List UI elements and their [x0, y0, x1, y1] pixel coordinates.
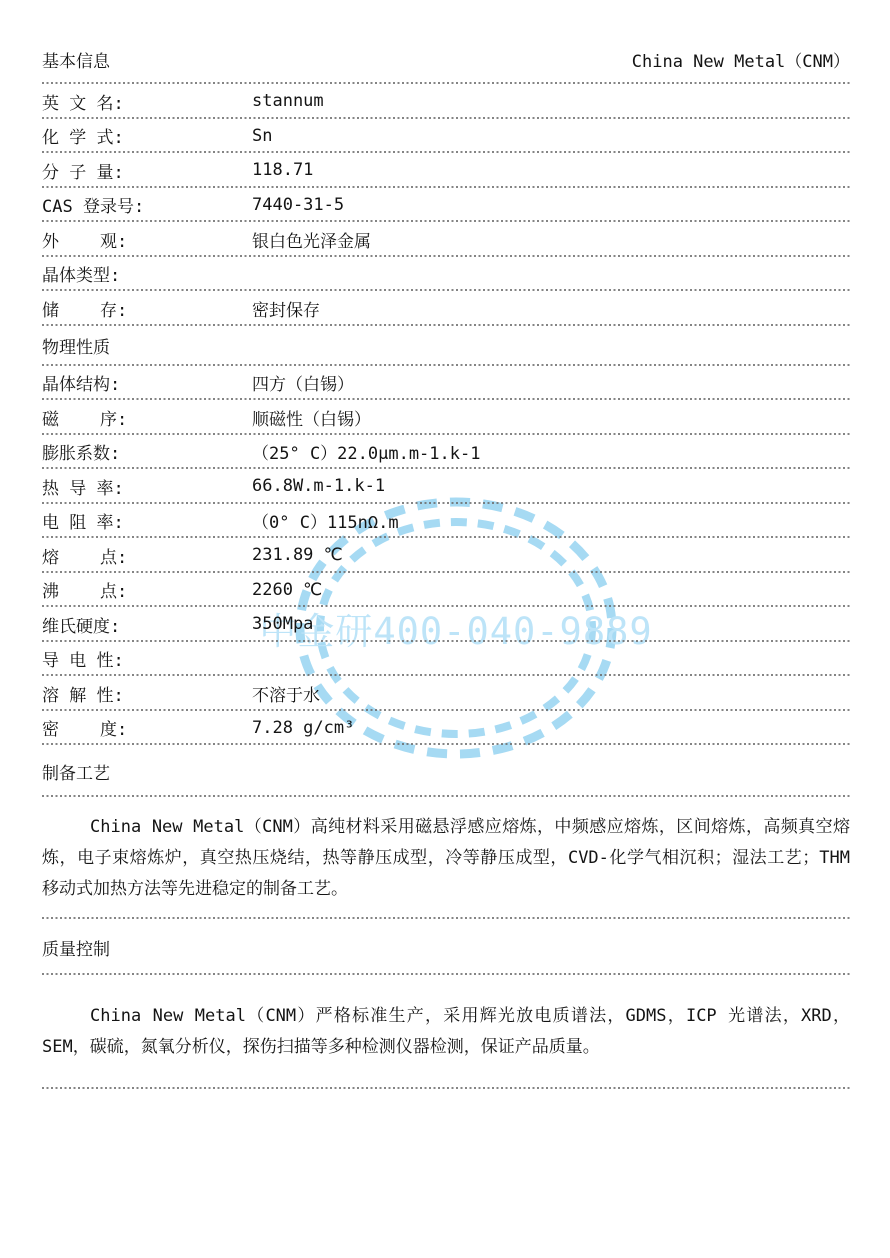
table-row: 熔 点:231.89 ℃ [42, 538, 850, 573]
field-value: 7440-31-5 [252, 195, 344, 215]
document-page: 中金研400-040-9889 基本信息 China New Metal（CNM… [0, 0, 890, 1258]
document-header: 基本信息 China New Metal（CNM） [42, 50, 850, 84]
field-label: 溶 解 性: [42, 681, 252, 706]
table-row: 晶体结构:四方（白锡） [42, 366, 850, 401]
field-label: 导 电 性: [42, 646, 252, 671]
table-row: 密 度:7.28 g/cm³ [42, 711, 850, 746]
field-value: 四方（白锡） [252, 370, 354, 395]
section-title-physical: 物理性质 [42, 333, 110, 358]
field-label: 磁 序: [42, 405, 252, 430]
field-label: 英 文 名: [42, 89, 252, 114]
table-row: 化 学 式:Sn [42, 119, 850, 154]
table-row: 沸 点:2260 ℃ [42, 573, 850, 608]
table-row: 英 文 名:stannum [42, 84, 850, 119]
field-value: 银白色光泽金属 [252, 227, 371, 252]
field-value: （0° C）115nΩ.m [252, 508, 399, 533]
field-value: 231.89 ℃ [252, 545, 343, 565]
field-value: 118.71 [252, 160, 313, 180]
table-row: CAS 登录号:7440-31-5 [42, 188, 850, 223]
preparation-paragraph: China New Metal（CNM）高纯材料采用磁悬浮感应熔炼，中频感应熔炼… [42, 812, 850, 905]
table-row: 热 导 率:66.8W.m-1.k-1 [42, 469, 850, 504]
table-row: 磁 序:顺磁性（白锡） [42, 400, 850, 435]
physical-properties-table: 晶体结构:四方（白锡）磁 序:顺磁性（白锡）膨胀系数:（25° C）22.0μm… [42, 366, 850, 746]
basic-info-table: 英 文 名:stannum化 学 式:Sn分 子 量:118.71CAS 登录号… [42, 84, 850, 326]
quality-paragraph: China New Metal（CNM）严格标准生产，采用辉光放电质谱法，GDM… [42, 1001, 850, 1063]
section-heading-preparation: 制备工艺 [42, 745, 850, 797]
section-title-preparation: 制备工艺 [42, 759, 110, 784]
field-value: 66.8W.m-1.k-1 [252, 476, 385, 496]
field-label: 外 观: [42, 227, 252, 252]
section-heading-quality: 质量控制 [42, 919, 850, 975]
field-value: stannum [252, 91, 324, 111]
field-label: 晶体结构: [42, 370, 252, 395]
table-row: 维氏硬度:350Mpa [42, 607, 850, 642]
field-label: 储 存: [42, 296, 252, 321]
preparation-paragraph-block: China New Metal（CNM）高纯材料采用磁悬浮感应熔炼，中频感应熔炼… [42, 797, 850, 919]
table-row: 电 阻 率:（0° C）115nΩ.m [42, 504, 850, 539]
section-heading-physical: 物理性质 [42, 326, 850, 366]
field-label: 膨胀系数: [42, 439, 252, 464]
field-label: 沸 点: [42, 577, 252, 602]
field-value: （25° C）22.0μm.m-1.k-1 [252, 439, 480, 464]
table-row: 分 子 量:118.71 [42, 153, 850, 188]
field-value: 顺磁性（白锡） [252, 405, 371, 430]
field-label: 电 阻 率: [42, 508, 252, 533]
field-value: 350Mpa [252, 614, 313, 634]
field-value: 7.28 g/cm³ [252, 718, 354, 738]
field-label: 热 导 率: [42, 474, 252, 499]
field-label: 晶体类型: [42, 261, 252, 286]
field-label: 分 子 量: [42, 158, 252, 183]
table-row: 导 电 性: [42, 642, 850, 677]
quality-paragraph-block: China New Metal（CNM）严格标准生产，采用辉光放电质谱法，GDM… [42, 975, 850, 1089]
field-label: CAS 登录号: [42, 192, 252, 217]
field-value: Sn [252, 126, 272, 146]
field-value: 密封保存 [252, 296, 320, 321]
document-content: 基本信息 China New Metal（CNM） 英 文 名:stannum化… [0, 0, 890, 1089]
brand-name: China New Metal（CNM） [632, 47, 850, 72]
table-row: 晶体类型: [42, 257, 850, 292]
field-value: 2260 ℃ [252, 580, 322, 600]
field-label: 熔 点: [42, 543, 252, 568]
table-row: 储 存:密封保存 [42, 291, 850, 326]
table-row: 外 观:银白色光泽金属 [42, 222, 850, 257]
field-value: 不溶于水 [252, 681, 320, 706]
section-title-basic-info: 基本信息 [42, 47, 110, 72]
table-row: 膨胀系数:（25° C）22.0μm.m-1.k-1 [42, 435, 850, 470]
field-label: 维氏硬度: [42, 612, 252, 637]
field-label: 化 学 式: [42, 123, 252, 148]
field-label: 密 度: [42, 715, 252, 740]
section-title-quality: 质量控制 [42, 935, 110, 960]
table-row: 溶 解 性:不溶于水 [42, 676, 850, 711]
